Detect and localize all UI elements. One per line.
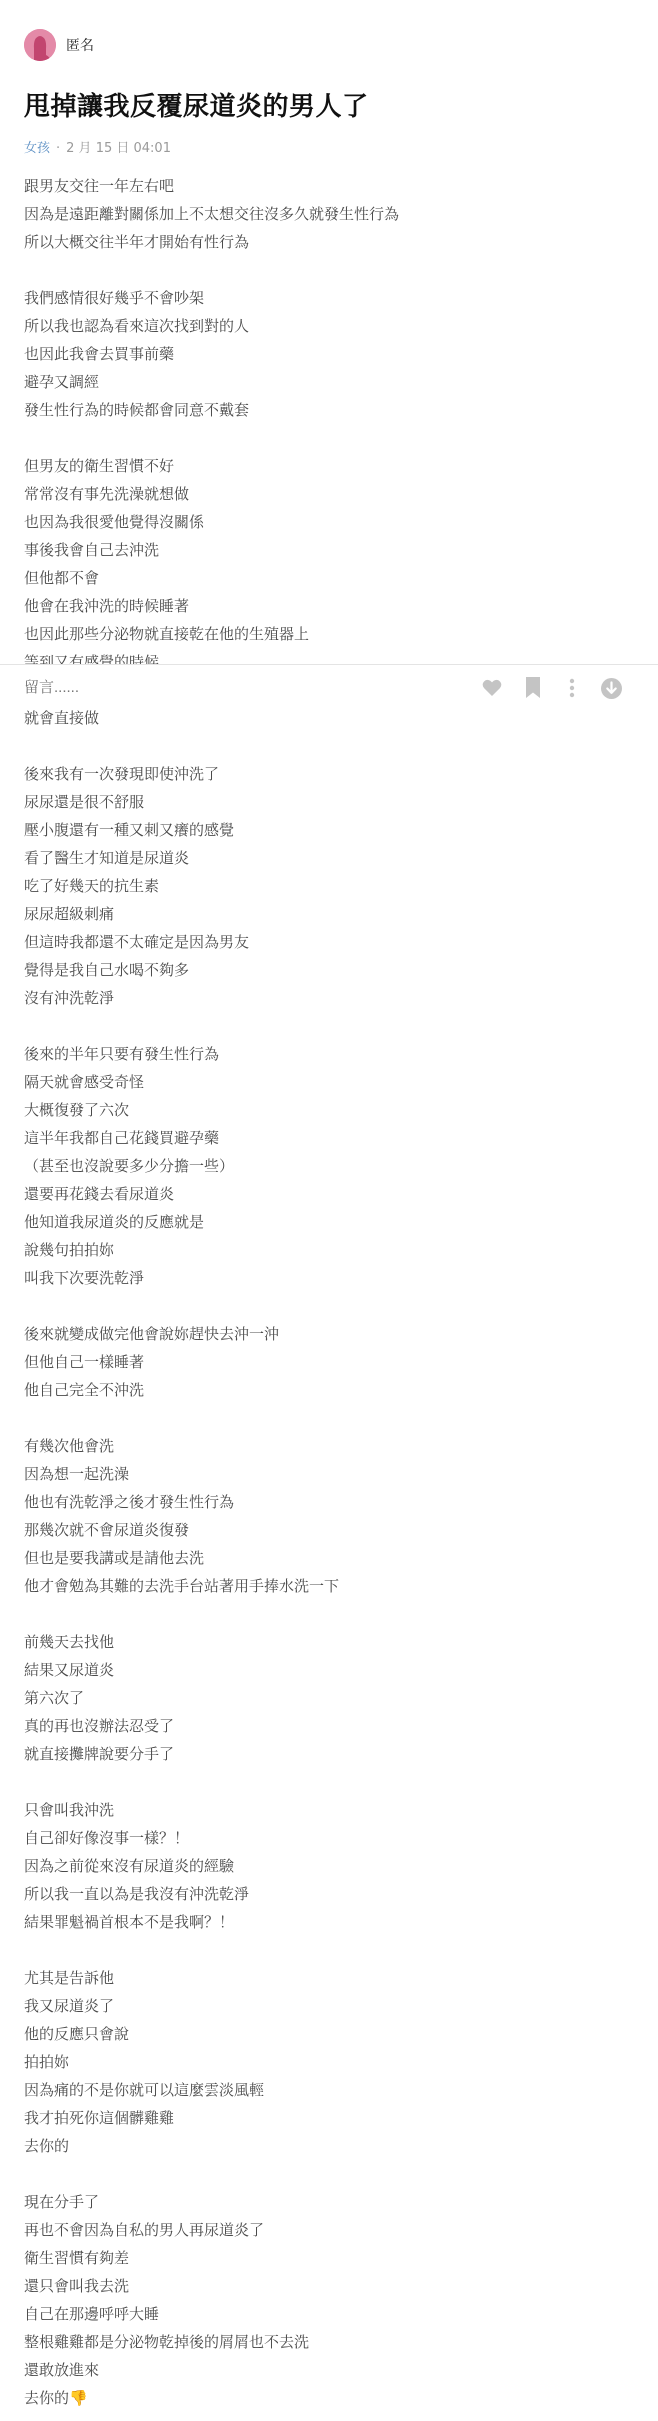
body-line: 避孕又調經 <box>24 368 634 396</box>
body-line: 整根雞雞都是分泌物乾掉後的屑屑也不去洗 <box>24 2328 634 2356</box>
body-line: 第六次了 <box>24 1684 634 1712</box>
bookmark-icon[interactable] <box>522 677 544 699</box>
body-line: 還敢放進來 <box>24 2356 634 2384</box>
body-line: 大概復發了六次 <box>24 1096 634 1124</box>
body-line: 因為痛的不是你就可以這麼雲淡風輕 <box>24 2076 634 2104</box>
body-line: 也因為我很愛他覺得沒關係 <box>24 508 634 536</box>
body-line: 我才拍死你這個髒雞雞 <box>24 2104 634 2132</box>
body-line: 所以我也認為看來這次找到對的人 <box>24 312 634 340</box>
body-line: 後來的半年只要有發生性行為 <box>24 1040 634 1068</box>
forum-link[interactable]: 女孩 <box>24 141 50 156</box>
blank-line <box>24 1404 634 1432</box>
body-line: 他也有洗乾淨之後才發生性行為 <box>24 1488 634 1516</box>
body-line: 只會叫我沖洗 <box>24 1796 634 1824</box>
comment-input[interactable] <box>24 674 324 700</box>
post-author[interactable]: 匿名 <box>24 29 94 61</box>
body-line: 所以大概交往半年才開始有性行為 <box>24 228 634 256</box>
body-line: 後來我有一次發現即使沖洗了 <box>24 760 634 788</box>
body-line: 他會在我沖洗的時候睡著 <box>24 592 634 620</box>
body-line: 自己卻好像沒事一樣？！ <box>24 1824 634 1852</box>
body-line: 後來就變成做完他會說妳趕快去沖一沖 <box>24 1320 634 1348</box>
body-line: 再也不會因為自私的男人再尿道炎了 <box>24 2216 634 2244</box>
body-line: 因為是遠距離對關係加上不太想交往沒多久就發生性行為 <box>24 200 634 228</box>
body-line: 結果罪魁禍首根本不是我啊？！ <box>24 1908 634 1936</box>
blank-line <box>24 2160 634 2188</box>
post-timestamp: 2 月 15 日 04:01 <box>66 141 171 156</box>
body-line: 結果又尿道炎 <box>24 1656 634 1684</box>
body-line: 那幾次就不會尿道炎復發 <box>24 1516 634 1544</box>
body-line: （甚至也沒說要多少分擔一些） <box>24 1152 634 1180</box>
post-body-lower: 就會直接做後來我有一次發現即使沖洗了尿尿還是很不舒服壓小腹還有一種又刺又癢的感覺… <box>24 704 634 2412</box>
download-icon[interactable] <box>600 677 622 699</box>
body-line: 他的反應只會說 <box>24 2020 634 2048</box>
body-line: 看了醫生才知道是尿道炎 <box>24 844 634 872</box>
body-line: 但他自己一樣睡著 <box>24 1348 634 1376</box>
body-line: 叫我下次要洗乾淨 <box>24 1264 634 1292</box>
body-line: 說幾句拍拍妳 <box>24 1236 634 1264</box>
blank-line <box>24 424 634 452</box>
blank-line <box>24 1768 634 1796</box>
body-line: 他自己完全不沖洗 <box>24 1376 634 1404</box>
body-line: 我們感情很好幾乎不會吵架 <box>24 284 634 312</box>
body-line: 但他都不會 <box>24 564 634 592</box>
blank-line <box>24 1936 634 1964</box>
body-line: 但也是要我講或是請他去洗 <box>24 1544 634 1572</box>
body-line: 覺得是我自己水喝不夠多 <box>24 956 634 984</box>
body-line: 這半年我都自己花錢買避孕藥 <box>24 1124 634 1152</box>
body-line: 我又尿道炎了 <box>24 1992 634 2020</box>
body-line: 尤其是告訴他 <box>24 1964 634 1992</box>
female-avatar-icon[interactable] <box>24 29 56 61</box>
blank-line <box>24 1600 634 1628</box>
body-line: 去你的👎 <box>24 2384 634 2412</box>
body-line: 他知道我尿道炎的反應就是 <box>24 1208 634 1236</box>
body-line: 去你的 <box>24 2132 634 2160</box>
body-line: 尿尿超級刺痛 <box>24 900 634 928</box>
body-line: 有幾次他會洗 <box>24 1432 634 1460</box>
heart-icon[interactable] <box>481 677 503 699</box>
body-line: 自己在那邊呼呼大睡 <box>24 2300 634 2328</box>
body-line: 因為想一起洗澡 <box>24 1460 634 1488</box>
post-meta: 女孩·2 月 15 日 04:01 <box>24 137 171 156</box>
body-line: 事後我會自己去沖洗 <box>24 536 634 564</box>
body-line: 前幾天去找他 <box>24 1628 634 1656</box>
body-line: 真的再也沒辦法忍受了 <box>24 1712 634 1740</box>
body-line: 跟男友交往一年左右吧 <box>24 172 634 200</box>
body-line: 還要再花錢去看尿道炎 <box>24 1180 634 1208</box>
body-line: 就直接攤牌說要分手了 <box>24 1740 634 1768</box>
body-line: 沒有沖洗乾淨 <box>24 984 634 1012</box>
post-body-upper: 跟男友交往一年左右吧因為是遠距離對關係加上不太想交往沒多久就發生性行為所以大概交… <box>24 172 634 664</box>
body-line: 拍拍妳 <box>24 2048 634 2076</box>
body-line: 現在分手了 <box>24 2188 634 2216</box>
body-line: 所以我一直以為是我沒有沖洗乾淨 <box>24 1880 634 1908</box>
body-line: 但男友的衛生習慣不好 <box>24 452 634 480</box>
body-line: 隔天就會感受奇怪 <box>24 1068 634 1096</box>
body-line: 但這時我都還不太確定是因為男友 <box>24 928 634 956</box>
body-line: 因為之前從來沒有尿道炎的經驗 <box>24 1852 634 1880</box>
post-title: 甩掉讓我反覆尿道炎的男人了 <box>24 86 369 123</box>
body-line: 就會直接做 <box>24 704 634 732</box>
body-line: 發生性行為的時候都會同意不戴套 <box>24 396 634 424</box>
author-name: 匿名 <box>66 35 94 55</box>
body-line: 衛生習慣有夠差 <box>24 2244 634 2272</box>
meta-separator: · <box>56 141 60 156</box>
body-line: 吃了好幾天的抗生素 <box>24 872 634 900</box>
body-line: 也因此那些分泌物就直接乾在他的生殖器上 <box>24 620 634 648</box>
body-line: 還只會叫我去洗 <box>24 2272 634 2300</box>
blank-line <box>24 1292 634 1320</box>
blank-line <box>24 256 634 284</box>
blank-line <box>24 732 634 760</box>
more-vertical-icon[interactable] <box>561 677 583 699</box>
body-line: 尿尿還是很不舒服 <box>24 788 634 816</box>
blank-line <box>24 1012 634 1040</box>
body-line: 常常沒有事先洗澡就想做 <box>24 480 634 508</box>
body-line: 壓小腹還有一種又刺又癢的感覺 <box>24 816 634 844</box>
body-line: 他才會勉為其難的去洗手台站著用手捧水洗一下 <box>24 1572 634 1600</box>
body-line: 也因此我會去買事前藥 <box>24 340 634 368</box>
body-line: 等到又有感覺的時候 <box>24 648 634 664</box>
